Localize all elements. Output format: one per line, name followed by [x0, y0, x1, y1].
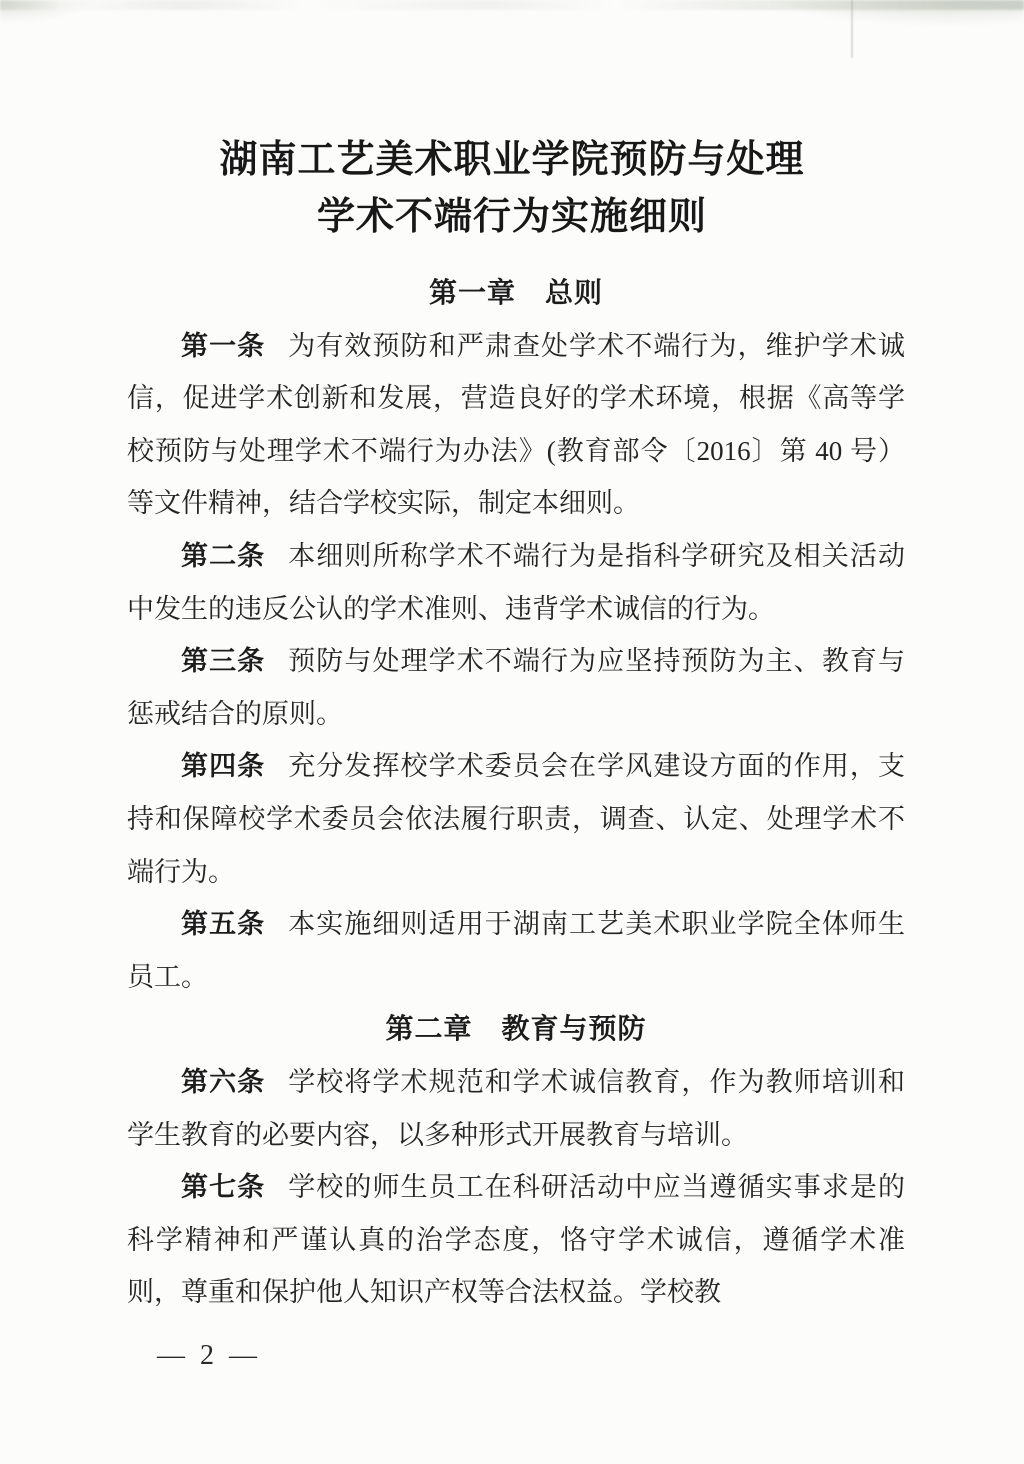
chapter-1-heading: 第一章 总则: [127, 267, 905, 320]
article-3-label: 第三条: [181, 646, 265, 676]
article-7-label: 第七条: [181, 1172, 265, 1202]
scan-corner-smudge-right: [774, 0, 1024, 26]
page-number: — 2 —: [157, 1340, 261, 1372]
article-4: 第四条充分发挥校学术委员会在学风建设方面的作用，支持和保障校学术委员会依法履行职…: [127, 740, 905, 898]
article-1: 第一条为有效预防和严肃查处学术不端行为，维护学术诚信，促进学术创新和发展，营造良…: [127, 320, 905, 530]
article-7: 第七条学校的师生员工在科研活动中应当遵循实事求是的科学精神和严谨认真的治学态度，…: [127, 1161, 905, 1319]
scan-line-artifact: [851, 0, 853, 58]
document-title-line-1: 湖南工艺美术职业学院预防与处理: [0, 132, 1024, 189]
article-5-label: 第五条: [181, 909, 265, 939]
document-title: 湖南工艺美术职业学院预防与处理 学术不端行为实施细则: [0, 132, 1024, 246]
article-6: 第六条学校将学术规范和学术诚信教育，作为教师培训和学生教育的必要内容，以多种形式…: [127, 1056, 905, 1161]
article-4-label: 第四条: [181, 751, 265, 781]
document-title-line-2: 学术不端行为实施细则: [0, 189, 1024, 246]
article-2: 第二条本细则所称学术不端行为是指科学研究及相关活动中发生的违反公认的学术准则、违…: [127, 530, 905, 635]
chapter-2-heading: 第二章 教育与预防: [127, 1003, 905, 1056]
scan-corner-smudge-left: [0, 0, 90, 22]
article-5: 第五条本实施细则适用于湖南工艺美术职业学院全体师生员工。: [127, 898, 905, 1003]
article-1-label: 第一条: [181, 331, 265, 361]
article-2-label: 第二条: [181, 541, 265, 571]
article-6-label: 第六条: [181, 1067, 265, 1097]
document-page: 湖南工艺美术职业学院预防与处理 学术不端行为实施细则 第一章 总则 第一条为有效…: [0, 0, 1024, 1464]
document-body: 第一章 总则 第一条为有效预防和严肃查处学术不端行为，维护学术诚信，促进学术创新…: [127, 267, 905, 1319]
article-3: 第三条预防与处理学术不端行为应坚持预防为主、教育与惩戒结合的原则。: [127, 635, 905, 740]
scan-edge-smudge: [0, 0, 1024, 10]
